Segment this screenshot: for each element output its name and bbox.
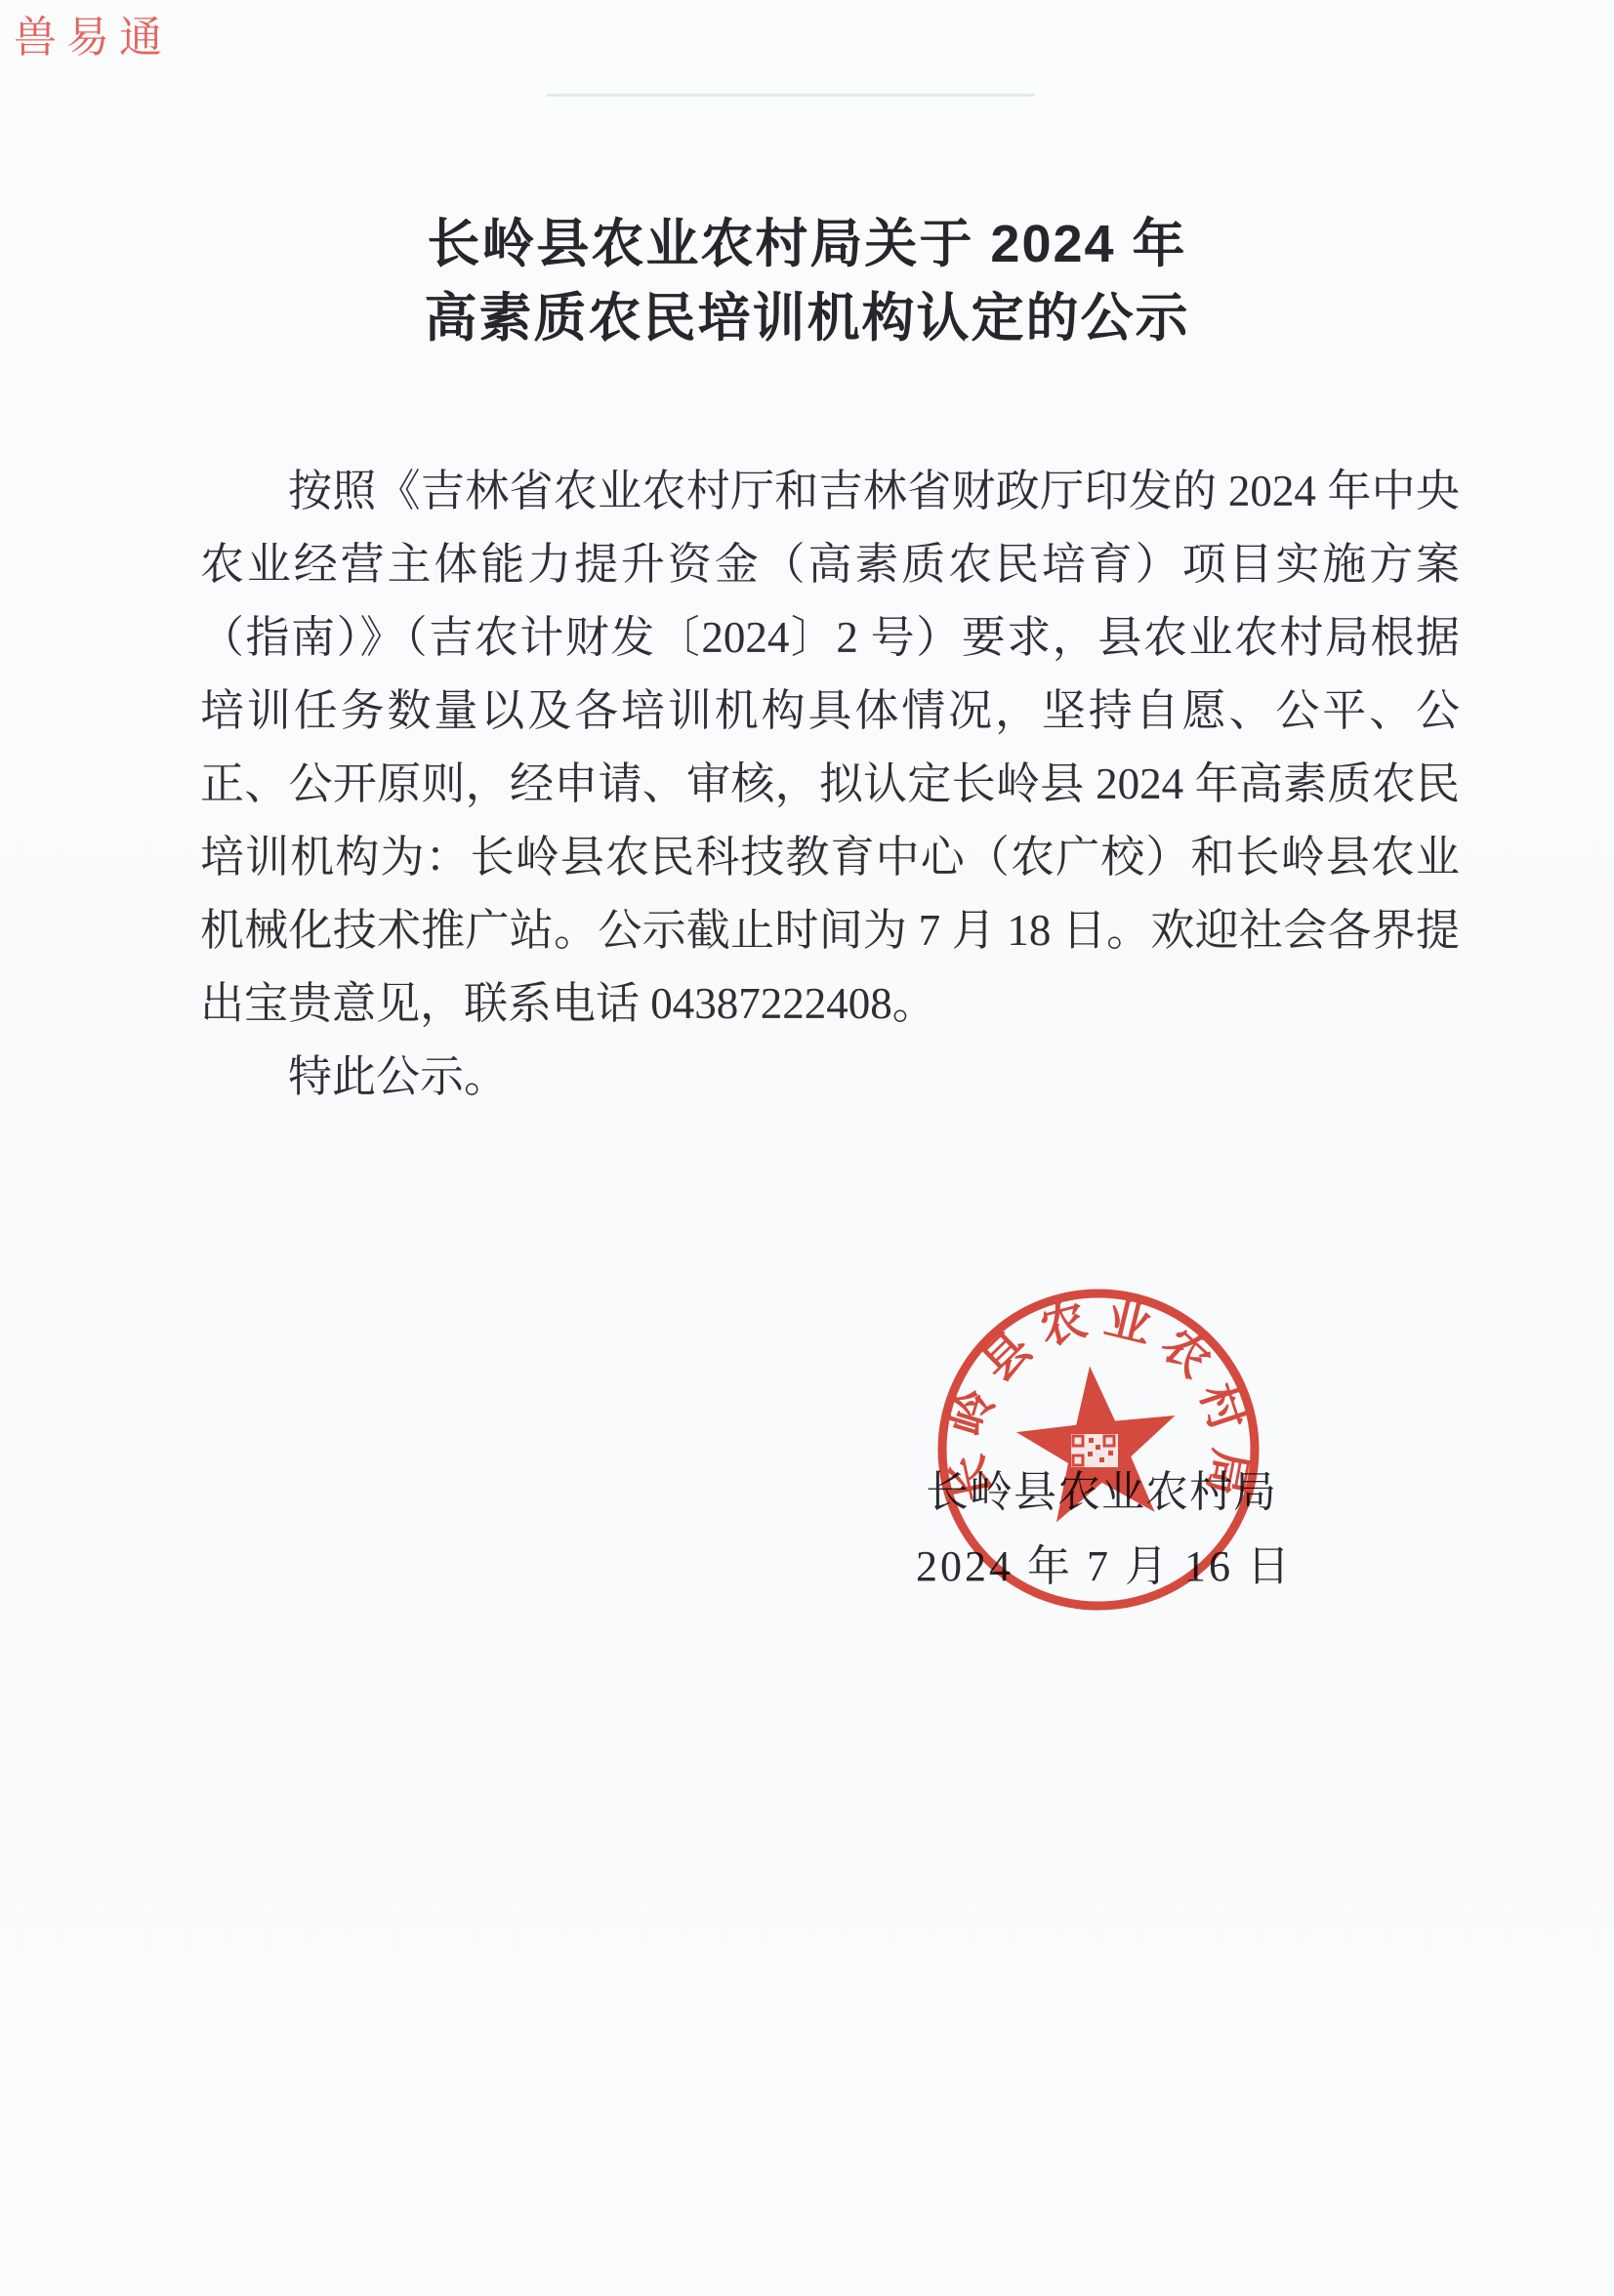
body-paragraph-closing: 特此公示。 bbox=[200, 1041, 1460, 1114]
official-seal-stamp: 长岭县农业农村局 bbox=[932, 1284, 1264, 1616]
document-body: 按照《吉林省农业农村厅和吉林省财政厅印发的 2024 年中央农业经营主体能力提升… bbox=[200, 455, 1460, 1114]
body-paragraph-main: 按照《吉林省农业农村厅和吉林省财政厅印发的 2024 年中央农业经营主体能力提升… bbox=[200, 455, 1460, 1041]
title-line-1: 长岭县农业农村局关于 2024 年 bbox=[0, 207, 1614, 281]
watermark-text: 兽易通 bbox=[14, 2, 172, 64]
seal-qr-code-icon bbox=[1071, 1434, 1118, 1467]
document-title: 长岭县农业农村局关于 2024 年 高素质农民培训机构认定的公示 bbox=[0, 207, 1614, 355]
document-page: 兽易通 长岭县农业农村局关于 2024 年 高素质农民培训机构认定的公示 按照《… bbox=[0, 0, 1614, 2296]
scan-artifact-line bbox=[547, 94, 1035, 97]
title-line-2: 高素质农民培训机构认定的公示 bbox=[0, 281, 1614, 355]
